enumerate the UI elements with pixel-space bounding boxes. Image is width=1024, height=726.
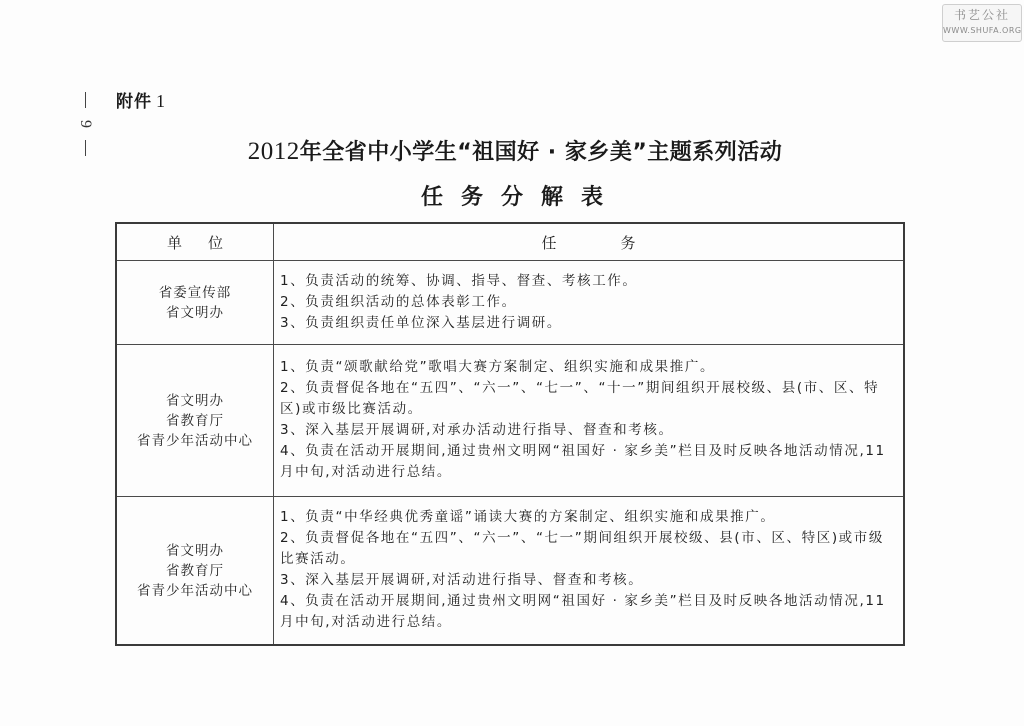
header-char: 单 (167, 234, 182, 252)
subtitle-char: 分 (501, 180, 523, 211)
task-item: 2、负责督促各地在“五四”、“六一”、“七一”、“十一”期间组织开展校级、县(市… (280, 378, 897, 420)
task-breakdown-table: 单位 任务 省委宣传部 省文明办 1、负责活动的统筹、协调、指导、督查、考核工作… (115, 222, 905, 646)
attachment-number: 1 (156, 91, 166, 111)
task-item: 4、负责在活动开展期间,通过贵州文明网“祖国好 · 家乡美”栏目及时反映各地活动… (280, 441, 897, 483)
title-year: 2012 (248, 138, 300, 165)
document-subtitle: 任务分解表 (0, 180, 1024, 211)
unit-name: 省文明办 (117, 541, 273, 561)
watermark-logo-text: 书艺公社 (943, 8, 1021, 22)
header-char: 务 (621, 234, 636, 252)
unit-cell: 省文明办 省教育厅 省青少年活动中心 (116, 497, 274, 646)
unit-cell: 省委宣传部 省文明办 (116, 261, 274, 345)
task-item: 2、负责督促各地在“五四”、“六一”、“七一”期间组织开展校级、县(市、区、特区… (280, 528, 897, 570)
subtitle-char: 务 (461, 180, 483, 211)
unit-name: 省青少年活动中心 (117, 581, 273, 601)
title-text: 年全省中小学生“祖国好 · 家乡美”主题系列活动 (300, 140, 783, 165)
task-item: 1、负责“中华经典优秀童谣”诵读大赛的方案制定、组织实施和成果推广。 (280, 507, 897, 528)
header-char: 位 (208, 234, 223, 252)
document-title: 2012年全省中小学生“祖国好 · 家乡美”主题系列活动 (0, 135, 1024, 166)
unit-name: 省委宣传部 (117, 283, 273, 303)
unit-name: 省青少年活动中心 (117, 431, 273, 451)
watermark-logo: 书艺公社 WWW.SHUFA.ORG (942, 4, 1022, 42)
task-item: 1、负责“颂歌献给党”歌唱大赛方案制定、组织实施和成果推广。 (280, 357, 897, 378)
task-item: 3、负责组织责任单位深入基层进行调研。 (280, 313, 897, 334)
column-header-unit: 单位 (116, 223, 274, 261)
subtitle-char: 任 (421, 180, 443, 211)
table-row: 省文明办 省教育厅 省青少年活动中心 1、负责“颂歌献给党”歌唱大赛方案制定、组… (116, 345, 904, 497)
subtitle-char: 表 (581, 180, 603, 211)
task-item: 4、负责在活动开展期间,通过贵州文明网“祖国好 · 家乡美”栏目及时反映各地活动… (280, 591, 897, 633)
watermark-url: WWW.SHUFA.ORG (943, 26, 1021, 36)
attachment-label: 附件1 (116, 87, 166, 112)
unit-name: 省文明办 (117, 303, 273, 323)
page-number-value: 9 (75, 117, 95, 131)
page-number-dash-top (85, 92, 86, 108)
task-item: 3、深入基层开展调研,对活动进行指导、督查和考核。 (280, 570, 897, 591)
table-row: 省委宣传部 省文明办 1、负责活动的统筹、协调、指导、督查、考核工作。 2、负责… (116, 261, 904, 345)
column-header-tasks: 任务 (274, 223, 905, 261)
task-item: 1、负责活动的统筹、协调、指导、督查、考核工作。 (280, 271, 897, 292)
table-row: 省文明办 省教育厅 省青少年活动中心 1、负责“中华经典优秀童谣”诵读大赛的方案… (116, 497, 904, 646)
tasks-cell: 1、负责活动的统筹、协调、指导、督查、考核工作。 2、负责组织活动的总体表彰工作… (274, 261, 905, 345)
unit-cell: 省文明办 省教育厅 省青少年活动中心 (116, 345, 274, 497)
subtitle-char: 解 (541, 180, 563, 211)
tasks-cell: 1、负责“中华经典优秀童谣”诵读大赛的方案制定、组织实施和成果推广。 2、负责督… (274, 497, 905, 646)
unit-name: 省文明办 (117, 391, 273, 411)
task-item: 3、深入基层开展调研,对承办活动进行指导、督查和考核。 (280, 420, 897, 441)
attachment-label-text: 附件 (116, 92, 152, 112)
table-header-row: 单位 任务 (116, 223, 904, 261)
header-char: 任 (541, 234, 556, 252)
unit-name: 省教育厅 (117, 411, 273, 431)
unit-name: 省教育厅 (117, 561, 273, 581)
task-item: 2、负责组织活动的总体表彰工作。 (280, 292, 897, 313)
tasks-cell: 1、负责“颂歌献给党”歌唱大赛方案制定、组织实施和成果推广。 2、负责督促各地在… (274, 345, 905, 497)
